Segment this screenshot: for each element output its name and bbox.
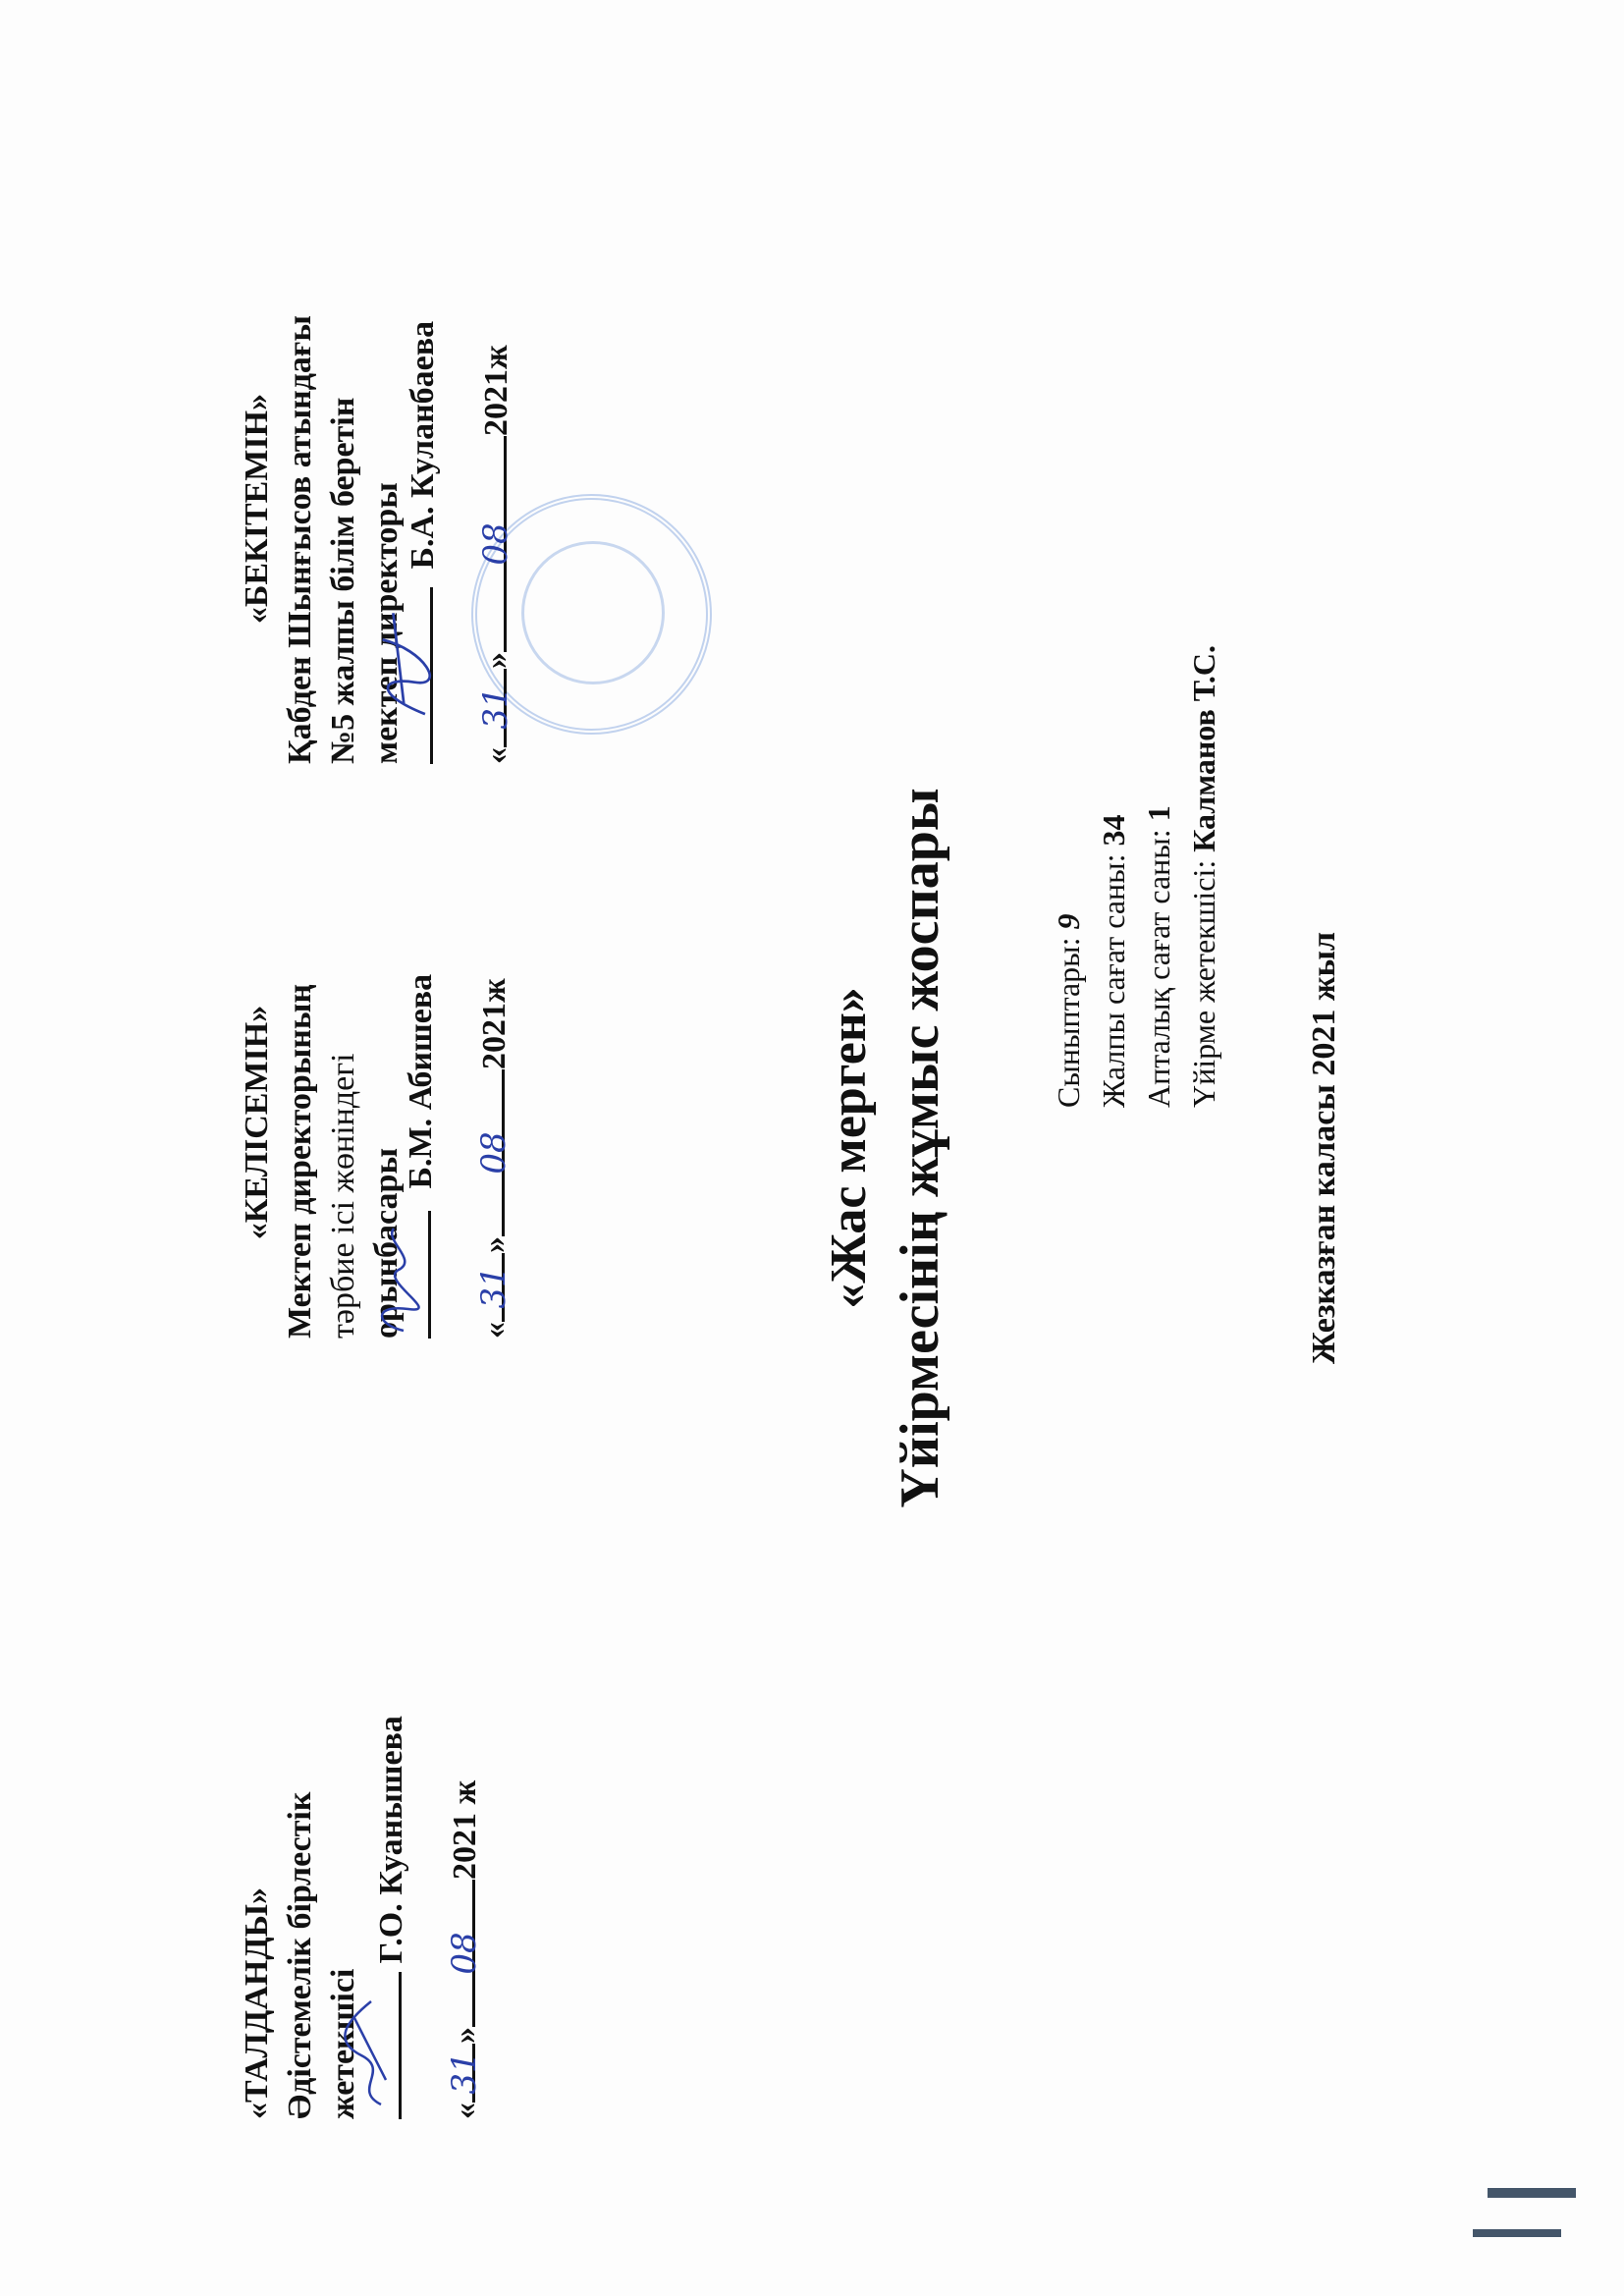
agreed-role-line-1: Мектеп директорының (279, 906, 322, 1339)
date-quote-open: « (447, 2103, 483, 2119)
date-month-line: 08 (472, 1069, 505, 1236)
binder-mark (1473, 2229, 1561, 2237)
date-day-handwritten: 31 (476, 686, 515, 729)
approved-date-row: «31»082021ж (474, 253, 518, 764)
info-block: Сыныптары: 9 Жалпы сағат саны: 34 Апталы… (1046, 645, 1226, 1108)
agreed-signature-row: Б.М. Абишева (399, 906, 443, 1339)
date-quote-close: » (476, 1236, 513, 1253)
agreed-date-row: «31»082021ж (472, 906, 516, 1339)
signature-scribble-icon (342, 1992, 395, 2109)
footer-place-year: Жезказған каласы 2021 жыл (1306, 0, 1343, 2296)
plan-subtitle: Үйірмесінің жұмыс жоспары (889, 0, 951, 2296)
analyzed-signature-row: Г.О. Куанышева (369, 1697, 413, 2119)
date-day-line: 31 (472, 1253, 505, 1322)
total-hours-value: 34 (1096, 814, 1131, 846)
info-weekly-hours: Апталық сағат саны: 1 (1136, 645, 1181, 1108)
date-month-handwritten: 08 (445, 1932, 484, 1974)
date-year: 2021ж (476, 978, 513, 1069)
approved-signatory: Б.А. Куланбаева (405, 321, 441, 570)
date-day-line: 31 (474, 669, 507, 747)
document-page: «ТАЛДАНДЫ» Әдістемелік бірлестік жетекші… (0, 0, 1624, 2296)
date-day-line: 31 (443, 2044, 475, 2103)
signature-scribble-icon (361, 597, 440, 725)
signature-scribble-icon (369, 1221, 422, 1339)
info-leader: Үйірме жетекшісі: Калманов Т.С. (1181, 645, 1226, 1108)
info-classes: Сыныптары: 9 (1046, 645, 1091, 1108)
approval-block-approved: «БЕКІТЕМІН» Қабден Шынғысов атындағы №5 … (236, 253, 518, 764)
analyzed-date-row: «31»082021 ж (443, 1697, 487, 2119)
approval-block-agreed: «КЕЛІСЕМІН» Мектеп директорының тәрбие і… (236, 906, 516, 1339)
analyzed-signature-line (369, 1972, 402, 2119)
date-quote-close: » (478, 652, 514, 669)
agreed-heading: «КЕЛІСЕМІН» (236, 906, 279, 1339)
info-total-hours: Жалпы сағат саны: 34 (1091, 645, 1136, 1108)
approved-role-line-1: Қабден Шынғысов атындағы (279, 253, 322, 764)
agreed-signature-line (399, 1211, 431, 1339)
date-year: 2021 ж (447, 1780, 483, 1880)
date-month-handwritten: 08 (476, 522, 515, 565)
date-quote-close: » (447, 2027, 483, 2044)
analyzed-role-line-1: Әдістемелік бірлестік (279, 1697, 322, 2119)
weekly-hours-value: 1 (1141, 805, 1176, 821)
date-month-line: 08 (443, 1880, 475, 2027)
date-quote-open: « (476, 1322, 513, 1339)
club-name-title: «Жас мерген» (820, 0, 878, 2296)
date-day-handwritten: 31 (474, 1266, 514, 1308)
approval-block-analyzed: «ТАЛДАНДЫ» Әдістемелік бірлестік жетекші… (236, 1697, 487, 2119)
date-day-handwritten: 31 (445, 2051, 484, 2094)
classes-value: 9 (1051, 913, 1086, 929)
agreed-signatory: Б.М. Абишева (403, 974, 439, 1189)
date-month-line: 08 (474, 436, 507, 652)
approved-signature-row: Б.А. Куланбаева (401, 253, 445, 764)
date-month-handwritten: 08 (474, 1131, 514, 1174)
approved-signature-line (401, 587, 433, 764)
date-year: 2021ж (478, 345, 514, 436)
leader-value: Калманов Т.С. (1186, 645, 1221, 852)
binder-mark (1488, 2188, 1576, 2198)
analyzed-signatory: Г.О. Куанышева (373, 1716, 409, 1963)
approved-role-line-2: №5 жалпы білім беретін (322, 253, 365, 764)
approved-heading: «БЕКІТЕМІН» (236, 253, 279, 764)
agreed-role-line-2: тәрбие ісі жөніндегі (322, 906, 365, 1339)
analyzed-heading: «ТАЛДАНДЫ» (236, 1697, 279, 2119)
date-quote-open: « (478, 747, 514, 764)
